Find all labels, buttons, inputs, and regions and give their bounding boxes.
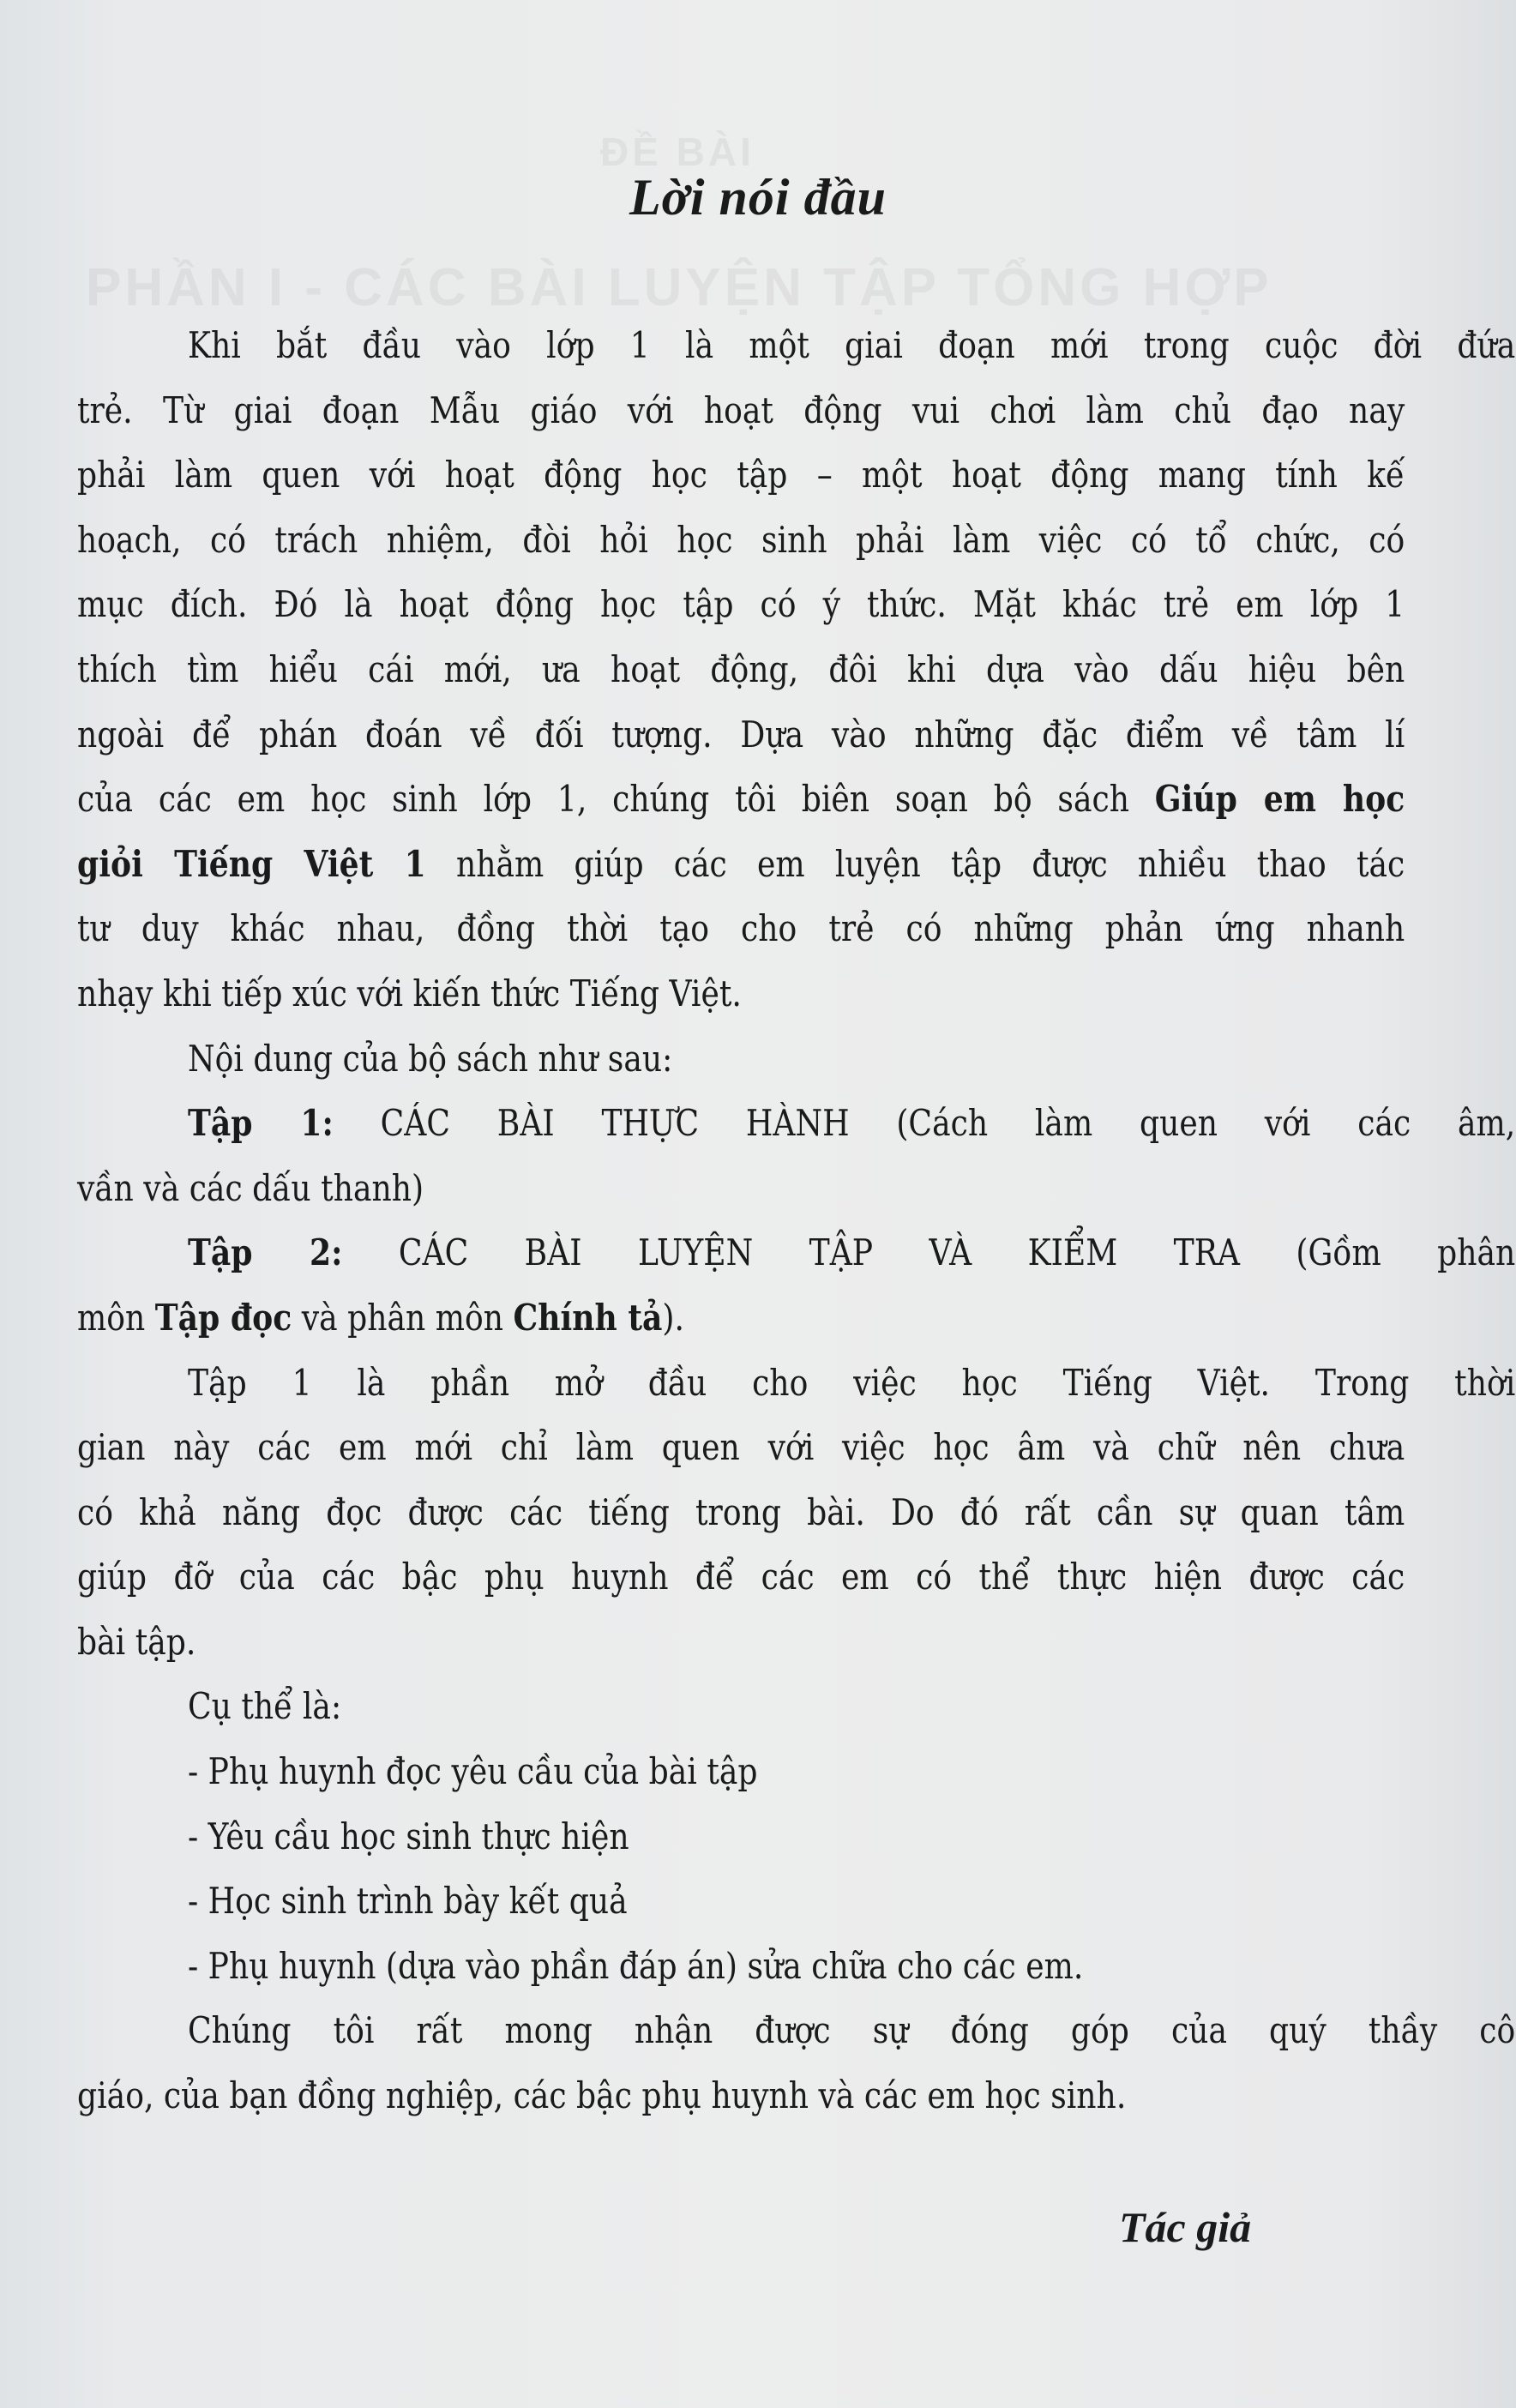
step-item: - Phụ huynh (dựa vào phần đáp án) sửa ch…	[77, 1934, 1515, 1999]
volume-label: Tập 1:	[188, 1102, 334, 1144]
text-run: CÁC BÀI LUYỆN TẬP VÀ KIỂM TRA (Gồm phân	[343, 1231, 1516, 1273]
volume1-line: Tập 1: CÁC BÀI THỰC HÀNH (Cách làm quen …	[77, 1091, 1515, 1156]
step-item: - Học sinh trình bày kết quả	[77, 1869, 1515, 1934]
paragraph-line: trẻ. Từ giai đoạn Mẫu giáo với hoạt động…	[77, 378, 1405, 443]
paragraph-line: gian này các em mới chỉ làm quen với việ…	[77, 1415, 1405, 1480]
contents-intro: Nội dung của bộ sách như sau:	[77, 1026, 1515, 1092]
book-title-bold: giỏi Tiếng Việt 1	[77, 843, 426, 885]
paragraph-line: Khi bắt đầu vào lớp 1 là một giai đoạn m…	[77, 313, 1515, 378]
paragraph-line: bài tập.	[77, 1610, 1405, 1675]
text-run: môn	[77, 1297, 155, 1339]
author-signature: Tác giả	[1119, 2202, 1251, 2252]
subject-bold: Tập đọc	[155, 1297, 292, 1339]
paragraph-line: giáo, của bạn đồng nghiệp, các bậc phụ h…	[77, 2063, 1405, 2128]
paragraph-line: ngoài để phán đoán về đối tượng. Dựa vào…	[77, 702, 1405, 768]
paragraph-line: giúp đỡ của các bậc phụ huynh để các em …	[77, 1544, 1405, 1610]
paragraph-line: Chúng tôi rất mong nhận được sự đóng góp…	[77, 1998, 1515, 2063]
volume1-line: vần và các dấu thanh)	[77, 1156, 1405, 1221]
step-item: - Phụ huynh đọc yêu cầu của bài tập	[77, 1739, 1515, 1804]
paragraph-line: nhạy khi tiếp xúc với kiến thức Tiếng Vi…	[77, 961, 1405, 1026]
specifics-intro: Cụ thể là:	[77, 1674, 1515, 1739]
paragraph-line: mục đích. Đó là hoạt động học tập có ý t…	[77, 572, 1405, 637]
text-run: ).	[662, 1297, 684, 1339]
step-item: - Yêu cầu học sinh thực hiện	[77, 1804, 1515, 1869]
book-title-bold: Giúp em học	[1155, 778, 1405, 820]
paragraph-line: thích tìm hiểu cái mới, ưa hoạt động, đô…	[77, 637, 1405, 702]
volume2-line: Tập 2: CÁC BÀI LUYỆN TẬP VÀ KIỂM TRA (Gồ…	[77, 1220, 1515, 1285]
paragraph-line: phải làm quen với hoạt động học tập – mộ…	[77, 442, 1405, 508]
text-run: và phân môn	[292, 1297, 513, 1339]
bleed-through-text: PHẦN I - CÁC BÀI LUYỆN TẬP TỔNG HỢP	[86, 257, 1447, 318]
volume2-line: môn Tập đọc và phân môn Chính tả).	[77, 1285, 1405, 1351]
paragraph-line: hoạch, có trách nhiệm, đòi hỏi học sinh …	[77, 508, 1405, 573]
subject-bold: Chính tả	[514, 1297, 663, 1339]
page-title: Lời nói đầu	[0, 168, 1516, 227]
text-run: CÁC BÀI THỰC HÀNH (Cách làm quen với các…	[334, 1102, 1515, 1144]
preface-body: Khi bắt đầu vào lớp 1 là một giai đoạn m…	[77, 313, 1405, 2128]
paragraph-line: Tập 1 là phần mở đầu cho việc học Tiếng …	[77, 1351, 1515, 1416]
paragraph-line: của các em học sinh lớp 1, chúng tôi biê…	[77, 767, 1405, 832]
paragraph-line: tư duy khác nhau, đồng thời tạo cho trẻ …	[77, 896, 1405, 961]
paragraph-line: giỏi Tiếng Việt 1 nhằm giúp các em luyện…	[77, 832, 1405, 897]
paragraph-line: có khả năng đọc được các tiếng trong bài…	[77, 1480, 1405, 1545]
volume-label: Tập 2:	[188, 1231, 343, 1273]
text-run: nhằm giúp các em luyện tập được nhiều th…	[426, 843, 1405, 885]
text-run: của các em học sinh lớp 1, chúng tôi biê…	[77, 778, 1155, 820]
